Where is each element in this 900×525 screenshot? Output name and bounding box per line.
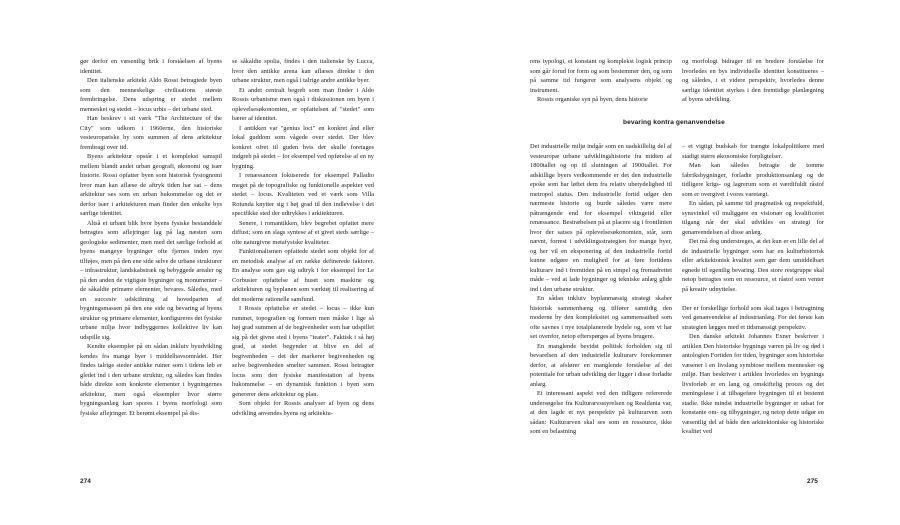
section-heading: bevaring kontra genanvendelse: [623, 119, 725, 126]
paragraph: Altså et urbant blik hvor byens fysiske …: [80, 219, 222, 343]
paragraph: rens typologi, et konstant og komplekst …: [530, 57, 672, 95]
right-page-column-2: – et vigtigt budskab for trængte lokalpo…: [682, 142, 824, 437]
paragraph: og morfologi bidrager til en bredere for…: [682, 57, 824, 105]
paragraph: I antikken var "genius loci" en konkret …: [232, 124, 374, 172]
left-page-column-1: gør derfor en væsentlig brik i forståels…: [80, 57, 222, 418]
paragraph: I Rossis opfattelse er stedet – locus – …: [232, 304, 374, 399]
paragraph: Et andet centralt begreb som man finder …: [232, 86, 374, 124]
right-page: rens typologi, et konstant og komplekst …: [450, 0, 900, 525]
paragraph: En manglende bevidst politisk forholden …: [530, 342, 672, 390]
left-page-column-2: se såkaldte spolia, findes i den italien…: [232, 57, 374, 418]
paragraph: Den italienske arkitekt Aldo Rossi betra…: [80, 76, 222, 114]
paragraph: Byens arkitektur opstår i et komplekst s…: [80, 152, 222, 219]
paragraph: Det må dog understreges, at det kun er e…: [682, 237, 824, 294]
paragraph: Funktionalismen opfattede stedet som obj…: [232, 247, 374, 304]
page-number-left: 274: [80, 478, 91, 485]
paragraph: Man kan således betragte de tomme fabrik…: [682, 161, 824, 199]
paragraph: En sådan, på samme tid pragmatisk og res…: [682, 199, 824, 237]
paragraph: Han beskrev i sit værk "The Architecture…: [80, 114, 222, 152]
paragraph: se såkaldte spolia, findes i den italien…: [232, 57, 374, 86]
paragraph: En sådan inkluiv byplanmæssig strategi s…: [530, 294, 672, 342]
paragraph: Rossis organiske syn på byen, dens histo…: [530, 95, 672, 105]
paragraph: Den danske arkitekt Johannes Exner beskr…: [682, 332, 824, 437]
right-page-column-1: Det industrielle miljø indgår som en uad…: [530, 142, 672, 437]
paragraph: Der er forskellige forhold som skal tage…: [682, 304, 824, 333]
paragraph: Som objekt for Rossis analyser af byen o…: [232, 399, 374, 418]
paragraph: Et interessant aspekt ved den tidligere …: [530, 389, 672, 437]
right-page-top-column-1: rens typologi, et konstant og komplekst …: [530, 57, 672, 105]
right-page-top-column-2: og morfologi bidrager til en bredere for…: [682, 57, 824, 105]
left-page: gør derfor en væsentlig brik i forståels…: [0, 0, 450, 525]
paragraph: Kendte eksempler på en sådan inkluiv byu…: [80, 342, 222, 418]
paragraph: Det industrielle miljø indgår som en uad…: [530, 142, 672, 294]
page-number-right: 275: [807, 478, 818, 485]
paragraph: – et vigtigt budskab for trængte lokalpo…: [682, 142, 824, 161]
paragraph: Senere, i romantikken, blev begrebet opf…: [232, 219, 374, 248]
paragraph: I renæssancen fokuserede for eksempel Pa…: [232, 171, 374, 219]
paragraph: gør derfor en væsentlig brik i forståels…: [80, 57, 222, 76]
